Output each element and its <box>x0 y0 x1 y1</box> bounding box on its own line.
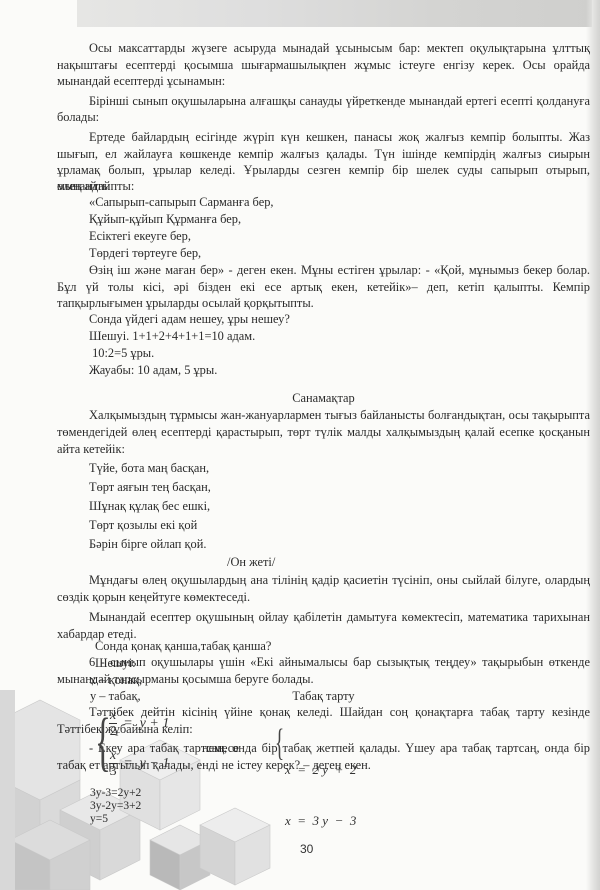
paragraph-4-line-3: тапқырлығымен ұрыларды осылай қорқытыпты… <box>57 295 314 311</box>
left-brace-icon: { <box>275 721 284 765</box>
step-2: 3y-2y=3+2 <box>90 800 141 813</box>
poem-2-line-3: Шұнақ құлақ бес ешкі, <box>89 498 210 514</box>
step-3: y=5 <box>90 813 108 826</box>
equation-system-1: { x2 = y + 1 x3 = y − 1 <box>95 707 205 787</box>
paragraph-3-line-2: шығып, ел жайлауға көшкенде кемпір жалғы… <box>57 146 590 162</box>
paragraph-2-line-1: Бірінші сынып оқушыларына алғашқы санауд… <box>57 93 590 109</box>
paragraph-1-line-3: мынандай есептерді ұсынамын: <box>57 73 225 89</box>
question-1: Сонда үйдегі адам нешеу, ұры нешеу? <box>89 311 290 327</box>
paragraph-8-line-1: 6 - сынып оқушылары үшін «Екі айнымалысы… <box>57 654 590 670</box>
paragraph-7-line-1: Мынандай есептер оқушының ойлау қабілеті… <box>57 609 590 625</box>
solution-2-label: Шешуі: <box>95 655 136 671</box>
heading-sanamaqtar: Санамақтар <box>57 390 590 406</box>
connector-nemese: немесе <box>202 740 239 756</box>
paragraph-3-line-3: ұрламақ болып, ұрылар келеді. Ұрыларды с… <box>57 162 590 194</box>
paragraph-1-line-2: нақыштағы есептерді қосымша шығармашылық… <box>57 57 590 73</box>
poem-2-line-2: Төрт аяғын тең басқан, <box>89 479 211 495</box>
poem-2-line-1: Түйе, бота маң басқан, <box>89 460 209 476</box>
equation-3: x = 2 y + 2 <box>285 761 356 778</box>
poem-2-line-5: Бәрін бірге ойлап қой. <box>89 536 206 552</box>
poem-1-line-3: Есіктегі екеуге бер, <box>89 228 191 244</box>
solution-1-line-2: 10:2=5 ұры. <box>89 345 154 361</box>
solution-1-line-1: Шешуі. 1+1+2+4+1+1=10 адам. <box>89 328 255 344</box>
paragraph-5-line-2: төмендегідей өлең есептерді қарастырып, … <box>57 424 590 440</box>
equation-system-2: { x = 2 y + 2 x = 3 y − 3 <box>275 727 385 767</box>
paragraph-4-line-1: Өзің іш және маған бер» - деген екен. Мұ… <box>57 262 590 278</box>
equation-2: x3 = y − 1 <box>109 747 169 781</box>
poem-2-line-4: Төрт қозылы екі қой <box>89 517 197 533</box>
poem-1-line-1: «Сапырып-сапырып Сарманға бер, <box>89 194 274 210</box>
equation-4: x = 3 y − 3 <box>285 812 356 829</box>
paragraph-5-line-1: Халқымыздың тұрмысы жан-жануарлармен тығ… <box>57 407 590 423</box>
solution-1-answer: Жауабы: 10 адам, 5 ұры. <box>89 362 217 378</box>
poem-2-answer: /Он жеті/ <box>227 554 275 570</box>
variable-y: у – табақ, <box>90 688 141 704</box>
poem-1-line-2: Құйып-құйып Құрманға бер, <box>89 211 241 227</box>
step-1: 3y-3=2y+2 <box>90 787 141 800</box>
question-2: Сонда қонақ қанша,табақ қанша? <box>95 638 271 654</box>
variable-x: x – қонақ, <box>90 672 142 688</box>
paragraph-1-line-1: Осы максаттарды жүзеге асыруда мынадай ұ… <box>57 40 590 56</box>
scan-top-shadow <box>77 0 592 27</box>
page-number: 30 <box>300 842 313 856</box>
paragraph-2-line-2: болады: <box>57 109 99 125</box>
paragraph-3-line-1: Ертеде байлардың есігінде жүріп күн кешк… <box>57 129 590 145</box>
paragraph-6-line-2: сөздік қорын кеңейтуге көмектеседі. <box>57 589 250 605</box>
paragraph-4-line-2: Бұл үй толы кісі, әрі бізден екі есе арт… <box>57 279 590 295</box>
poem-1-line-4: Төрдегі төртеуге бер, <box>89 245 201 261</box>
paragraph-6-line-1: Мұндағы өлең оқушылардың ана тілінің қад… <box>57 572 590 588</box>
paragraph-5-line-3: айта кетейік: <box>57 441 125 457</box>
equation-1: x2 = y + 1 <box>109 707 169 741</box>
paragraph-3-line-4: өлең айтыпты: <box>57 178 134 194</box>
